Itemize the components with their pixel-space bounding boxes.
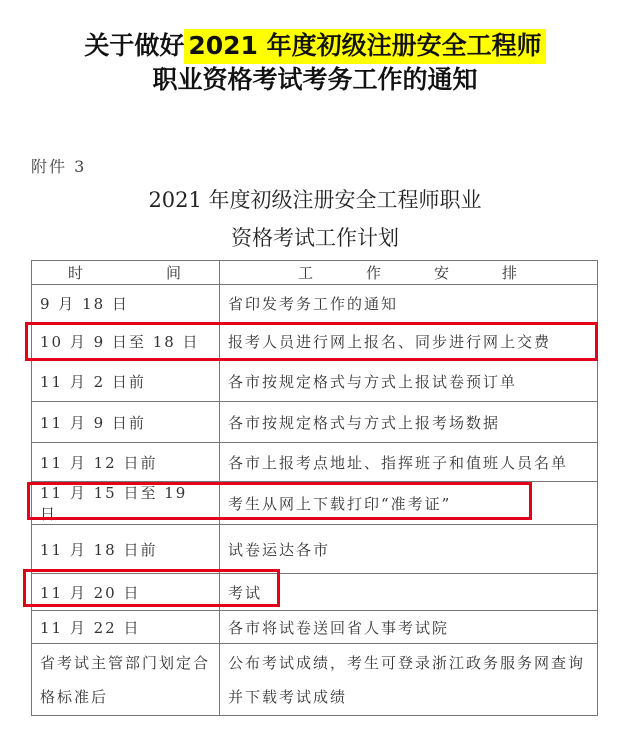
row-task: 各市上报考点地址、指挥班子和值班人员名单 (220, 443, 598, 482)
row-task: 考试 (220, 574, 598, 611)
row-time: 11 月 22 日 (32, 611, 220, 644)
row-time: 11 月 20 日 (32, 574, 220, 611)
row-task: 试卷运达各市 (220, 525, 598, 574)
header-work-char: 安 (434, 262, 451, 283)
table-row: 11 月 20 日 考试 (32, 574, 598, 611)
row-task: 各市按规定格式与方式上报考场数据 (220, 402, 598, 443)
attachment-title-line1: 2021 年度初级注册安全工程师职业 (0, 184, 630, 214)
header-time-char: 时 (68, 262, 85, 283)
table-row: 10 月 9 日至 18 日 报考人员进行网上报名、同步进行网上交费 (32, 323, 598, 361)
table-header-row: 时 间 工 作 安 排 (32, 261, 598, 285)
notice-title-prefix: 关于做好 (84, 31, 184, 60)
table-row: 11 月 9 日前 各市按规定格式与方式上报考场数据 (32, 402, 598, 443)
header-work-char: 作 (366, 262, 383, 283)
row-time: 11 月 9 日前 (32, 402, 220, 443)
table-row: 11 月 12 日前 各市上报考点地址、指挥班子和值班人员名单 (32, 443, 598, 482)
notice-title-highlight: 2021 年度初级注册安全工程师 (184, 29, 545, 64)
table-row: 11 月 2 日前 各市按规定格式与方式上报试卷预订单 (32, 361, 598, 402)
row-task: 各市将试卷送回省人事考试院 (220, 611, 598, 644)
header-work-char: 工 (298, 262, 315, 283)
header-time: 时 间 (32, 261, 220, 285)
row-time: 省考试主管部门划定合格标准后 (32, 644, 220, 716)
row-task: 报考人员进行网上报名、同步进行网上交费 (220, 323, 598, 361)
row-task: 考生从网上下载打印“准考证” (220, 482, 598, 525)
table-row: 11 月 15 日至 19 日 考生从网上下载打印“准考证” (32, 482, 598, 525)
row-time: 11 月 15 日至 19 日 (32, 482, 220, 525)
header-work-char: 排 (502, 262, 519, 283)
table-row: 11 月 22 日 各市将试卷送回省人事考试院 (32, 611, 598, 644)
row-time: 11 月 12 日前 (32, 443, 220, 482)
table-row: 省考试主管部门划定合格标准后 公布考试成绩，考生可登录浙江政务服务网查询并下载考… (32, 644, 598, 716)
work-plan-table: 时 间 工 作 安 排 9 月 18 日 省印发考务工作的通知 10 月 9 日… (31, 260, 598, 716)
row-task: 各市按规定格式与方式上报试卷预订单 (220, 361, 598, 402)
notice-title-line2: 职业资格考试考务工作的通知 (0, 60, 630, 96)
row-time: 11 月 18 日前 (32, 525, 220, 574)
table-row: 11 月 18 日前 试卷运达各市 (32, 525, 598, 574)
row-task: 省印发考务工作的通知 (220, 285, 598, 323)
header-work: 工 作 安 排 (220, 261, 598, 285)
header-time-char: 间 (166, 262, 183, 283)
attachment-title-line2: 资格考试工作计划 (0, 222, 630, 252)
table-row: 9 月 18 日 省印发考务工作的通知 (32, 285, 598, 323)
row-time: 10 月 9 日至 18 日 (32, 323, 220, 361)
attachment-label: 附件 3 (31, 154, 86, 177)
row-time: 9 月 18 日 (32, 285, 220, 323)
row-task: 公布考试成绩，考生可登录浙江政务服务网查询并下载考试成绩 (220, 644, 598, 716)
notice-title-line1: 关于做好2021 年度初级注册安全工程师 (0, 26, 630, 62)
row-time: 11 月 2 日前 (32, 361, 220, 402)
